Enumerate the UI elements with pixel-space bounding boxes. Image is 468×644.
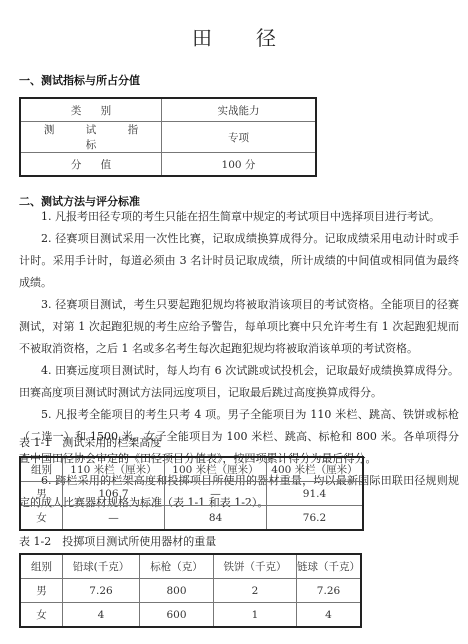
column-header: 链球（千克） [297,554,362,579]
section-1-heading: 一、测试指标与所占分值 [19,72,140,88]
table-row: 男 7.26 800 2 7.26 [20,579,361,603]
equipment-weight-table: 组别 铅球(千克） 标枪（克） 铁饼（千克） 链球（千克） 男 7.26 800… [19,553,362,628]
column-header: 400 米栏（厘米） [267,457,364,482]
paragraph-1: 1. 凡报考田径专项的考生只能在招生简章中规定的考试项目中选择项目进行考试。 [19,206,459,228]
title-char-1: 田 [192,22,212,51]
table-header-row: 组别 铅球(千克） 标枪（克） 铁饼（千克） 链球（千克） [20,554,361,579]
table-row: 类 别 实战能力 [20,98,316,122]
table-cell: 76.2 [267,506,364,531]
table-cell: 84 [165,506,267,531]
column-header: 组别 [20,554,63,579]
table-cell: 4 [297,603,362,628]
column-header: 标枪（克） [140,554,214,579]
row-value: 100 分 [162,153,317,177]
column-header: 组别 [20,457,63,482]
page-title: 田径 [0,22,468,51]
paragraph-2: 2. 径赛项目测试采用一次性比赛，记取成绩换算成得分。记取成绩采用电动计时或手计… [19,228,459,294]
hurdle-height-table: 组别 110 米栏（厘米） 100 米栏（厘米） 400 米栏（厘米） 男 10… [19,456,364,531]
table-row: 测 试 指 标 专项 [20,122,316,153]
row-label: 分 值 [20,153,162,177]
table-cell: 1 [214,603,297,628]
table-cell: 4 [63,603,140,628]
column-header: 110 米栏（厘米） [63,457,165,482]
table-cell: 600 [140,603,214,628]
table-cell: — [165,482,267,506]
paragraph-4: 4. 田赛远度项目测试时，每人均有 6 次试跳或试投机会，记取最好成绩换算成得分… [19,360,459,404]
table-cell: 男 [20,579,63,603]
table-cell: 7.26 [63,579,140,603]
column-header: 铅球(千克） [63,554,140,579]
table-cell: 女 [20,603,63,628]
table-cell: 女 [20,506,63,531]
table-header-row: 组别 110 米栏（厘米） 100 米栏（厘米） 400 米栏（厘米） [20,457,363,482]
table-row: 分 值 100 分 [20,153,316,177]
table-cell: 男 [20,482,63,506]
table-cell: 91.4 [267,482,364,506]
column-header: 100 米栏（厘米） [165,457,267,482]
table-cell: 800 [140,579,214,603]
title-char-2: 径 [256,22,276,51]
row-label: 测 试 指 标 [20,122,162,153]
table-row: 女 4 600 1 4 [20,603,361,628]
table-row: 女 — 84 76.2 [20,506,363,531]
row-label: 类 别 [20,98,162,122]
table-cell: — [63,506,165,531]
score-allocation-table: 类 别 实战能力 测 试 指 标 专项 分 值 100 分 [19,97,317,177]
paragraph-3: 3. 径赛项目测试，考生只要起跑犯规均将被取消该项目的考试资格。全能项目的径赛测… [19,294,459,360]
row-value: 实战能力 [162,98,317,122]
table-cell: 7.26 [297,579,362,603]
table-row: 男 106.7 — 91.4 [20,482,363,506]
table-1-1-caption: 表 1-1 测试采用的栏架高度 [19,434,161,450]
column-header: 铁饼（千克） [214,554,297,579]
table-cell: 2 [214,579,297,603]
row-value: 专项 [162,122,317,153]
table-cell: 106.7 [63,482,165,506]
table-1-2-caption: 表 1-2 投掷项目测试所使用器材的重量 [19,533,216,549]
